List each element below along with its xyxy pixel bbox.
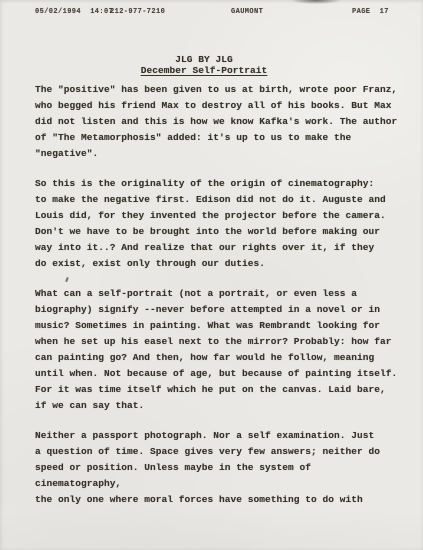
paragraph: So this is the originality of the origin… — [35, 176, 401, 272]
scan-smudge-artifact — [291, 0, 341, 4]
fax-datetime: 05/02/1994 14:07 — [35, 8, 113, 16]
fax-number: 212-977-7210 — [110, 8, 165, 16]
fax-page: 05/02/1994 14:07 212-977-7210 GAUMONT PA… — [0, 0, 423, 550]
document-subtitle: December Self-Portrait — [35, 65, 373, 76]
fax-sender-name: GAUMONT — [231, 8, 263, 16]
document-body: JLG BY JLG December Self-Portrait The "p… — [35, 54, 401, 508]
document-title: JLG BY JLG — [35, 54, 373, 65]
paragraph: Neither a passport photograph. Nor a sel… — [35, 428, 401, 508]
paragraph: The "positive" has been given to us at b… — [35, 82, 401, 162]
fax-page-number: PAGE 17 — [352, 8, 389, 16]
paragraph: What can a self-portrait (not a portrait… — [35, 286, 401, 414]
title-block: JLG BY JLG December Self-Portrait — [35, 54, 373, 76]
